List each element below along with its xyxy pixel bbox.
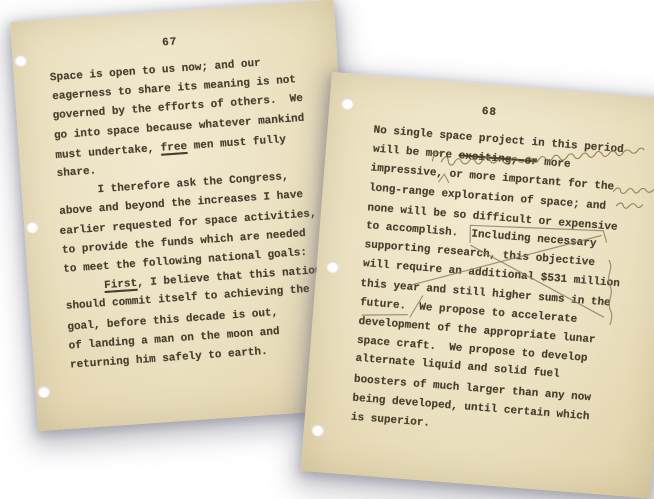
punch-hole xyxy=(326,260,339,273)
typed-text: more xyxy=(537,157,571,172)
typed-text: will be more xyxy=(373,144,460,163)
underlined-word: free xyxy=(160,141,187,155)
page-68: 68 No single space project in this perio… xyxy=(301,72,654,498)
underlined-word: First xyxy=(104,278,138,292)
scanned-speech-draft: 67 Space is open to us now; and our eage… xyxy=(0,0,654,499)
typed-text-block: Space is open to us now; and our eagerne… xyxy=(49,50,350,376)
typed-text xyxy=(64,280,104,295)
punch-hole xyxy=(26,221,39,234)
punch-hole xyxy=(37,385,50,398)
punch-hole xyxy=(311,424,324,437)
struck-text: exciting, or xyxy=(458,150,538,168)
typed-text-block: No single space project in this period w… xyxy=(350,121,654,450)
